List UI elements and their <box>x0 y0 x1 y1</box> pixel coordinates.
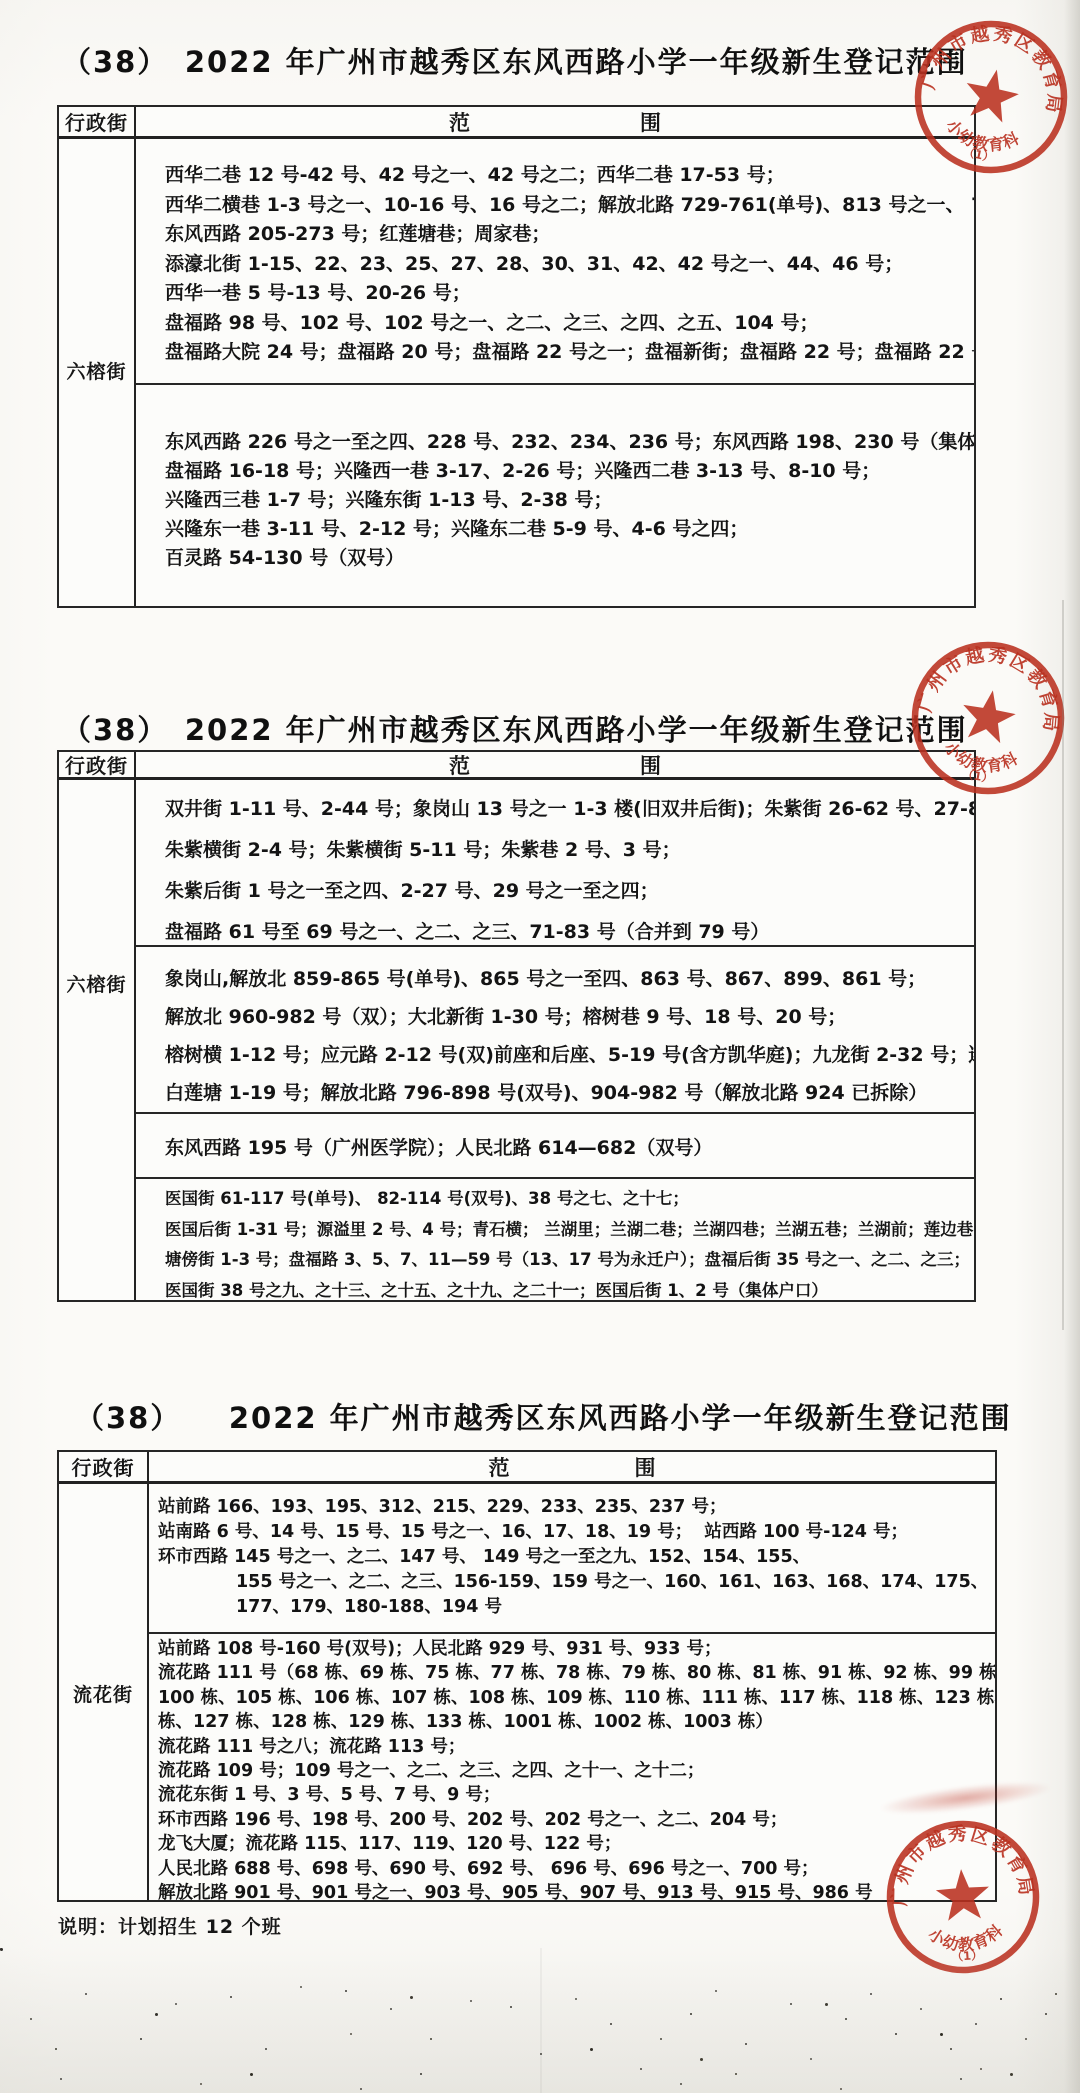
column-header-district: 行政街 <box>59 752 136 777</box>
range-line: 人民北路 688 号、698 号、690 号、692 号、 696 号、696 … <box>158 1857 995 1881</box>
column-header-district: 行政街 <box>59 107 136 136</box>
range-header-char-a: 范 <box>449 107 470 137</box>
range-line: 象岗山,解放北 859-865 号(单号)、865 号之一至四、863 号、86… <box>165 960 974 998</box>
range-block: 双井街 1-11 号、2-44 号；象岗山 13 号之一 1-3 楼(旧双井后街… <box>136 780 974 945</box>
range-line: 朱紫横街 2-4 号；朱紫横街 5-11 号；朱紫巷 2 号、3 号； <box>165 830 974 871</box>
noise-dots <box>0 1948 3 1951</box>
range-line: 白莲塘 1-19 号；解放北路 796-898 号(双号)、904-982 号（… <box>165 1074 974 1112</box>
range-line: 西华二横巷 1-3 号之一、10-16 号、16 号之二；解放北路 729-76… <box>165 191 974 221</box>
district-cell: 六榕街 <box>59 780 136 1300</box>
section-2-title: （38） 2022 年广州市越秀区东风西路小学一年级新生登记范围 <box>62 708 968 749</box>
column-header-range: 范 围 <box>136 752 974 777</box>
range-header-char-b: 围 <box>635 1452 656 1482</box>
official-stamp-1: 广州市越秀区教育局 小幼教育科 （1） <box>890 0 1080 198</box>
range-line: 医国街 61-117 号(单号)、 82-114 号(双号)、38 号之七、之十… <box>165 1184 974 1215</box>
district-label: 六榕街 <box>59 970 134 997</box>
range-line: 朱紫后街 1 号之一至之四、2-27 号、29 号之一至之四； <box>165 871 974 912</box>
range-line: 医国后街 1-31 号；源溢里 2 号、4 号；青石横； 兰湖里；兰湖二巷；兰湖… <box>165 1215 974 1246</box>
range-block: 东风西路 226 号之一至之四、228 号、232、234、236 号；东风西路… <box>136 383 974 606</box>
range-line: 盘福路大院 24 号；盘福路 20 号；盘福路 22 号之一；盘福新街；盘福路 … <box>165 338 974 368</box>
range-line: 站南路 6 号、14 号、15 号、15 号之一、16、17、18、19 号； … <box>158 1520 995 1545</box>
range-line: 栋、127 栋、128 栋、129 栋、133 栋、1001 栋、1002 栋、… <box>158 1710 995 1734</box>
range-line: 添濠北街 1-15、22、23、25、27、28、30、31、42、42 号之一… <box>165 250 974 280</box>
range-line: 双井街 1-11 号、2-44 号；象岗山 13 号之一 1-3 楼(旧双井后街… <box>165 789 974 830</box>
range-header-char-b: 围 <box>640 750 661 780</box>
registration-table-1: 行政街 范 围 六榕街 西华二巷 12 号-42 号、42 号之一、42 号之二… <box>57 105 976 608</box>
range-header-char-b: 围 <box>640 107 661 137</box>
range-line: 医国街 38 号之九、之十三、之十五、之十九、之二十一；医国后街 1、2 号（集… <box>165 1276 974 1301</box>
range-line: 流花路 111 号（68 栋、69 栋、75 栋、77 栋、78 栋、79 栋、… <box>158 1661 995 1685</box>
table-2-header-row: 行政街 范 围 <box>59 752 974 780</box>
paper-edge-shadow <box>1064 0 1080 2093</box>
range-header-char-a: 范 <box>489 1452 510 1482</box>
registration-table-3: 行政街 范 围 流花街 站前路 166、193、195、312、215、229、… <box>57 1450 997 1902</box>
range-line: 解放北 960-982 号（双）；大北新街 1-30 号；榕树巷 9 号、18 … <box>165 998 974 1036</box>
column-header-range: 范 围 <box>149 1452 995 1481</box>
range-line: 流花路 111 号之八；流花路 113 号； <box>158 1735 995 1759</box>
range-line: 解放北路 901 号、901 号之一、903 号、905 号、907 号、913… <box>158 1881 995 1900</box>
range-block: 西华二巷 12 号-42 号、42 号之一、42 号之二；西华二巷 17-53 … <box>136 139 974 383</box>
range-block: 站前路 166、193、195、312、215、229、233、235、237 … <box>149 1484 995 1632</box>
range-block: 医国街 61-117 号(单号)、 82-114 号(双号)、38 号之七、之十… <box>136 1177 974 1300</box>
range-line: 兴隆西三巷 1-7 号；兴隆东街 1-13 号、2-38 号； <box>165 486 974 515</box>
range-line: 百灵路 54-130 号（双号） <box>165 544 974 573</box>
star-icon <box>960 64 1023 125</box>
range-line: 100 栋、105 栋、106 栋、107 栋、108 栋、109 栋、110 … <box>158 1686 995 1710</box>
column-header-range: 范 围 <box>136 107 974 136</box>
range-line: 东风西路 226 号之一至之四、228 号、232、234、236 号；东风西路… <box>165 428 974 457</box>
scanned-document-page: （38） 2022 年广州市越秀区东风西路小学一年级新生登记范围 行政街 范 围… <box>0 0 1080 2093</box>
stamp-graphic: 广州市越秀区教育局 小幼教育科 （1） <box>890 0 1080 198</box>
range-line: 盘福路 98 号、102 号、102 号之一、之二、之三、之四、之五、104 号… <box>165 309 974 339</box>
range-line: 兴隆东一巷 3-11 号、2-12 号；兴隆东二巷 5-9 号、4-6 号之四； <box>165 515 974 544</box>
note-text: 说明：计划招生 12 个班 <box>58 1912 282 1939</box>
range-line: 榕树横 1-12 号；应元路 2-12 号(双)前座和后座、5-19 号(含方凯… <box>165 1036 974 1074</box>
range-block: 站前路 108 号-160 号(双号)；人民北路 929 号、931 号、933… <box>149 1632 995 1900</box>
table-1-header-row: 行政街 范 围 <box>59 107 974 139</box>
range-line: 155 号之一、之二、之三、156-159、159 号之一、160、161、16… <box>158 1570 995 1595</box>
range-line: 环市西路 196 号、198 号、200 号、202 号、202 号之一、之二、… <box>158 1808 995 1832</box>
range-line: 东风西路 195 号（广州医学院）；人民北路 614—682（双号） <box>165 1135 974 1162</box>
district-cell: 六榕街 <box>59 139 136 606</box>
table-3-header-row: 行政街 范 围 <box>59 1452 995 1484</box>
range-line: 流花路 109 号；109 号之一、之二、之三、之四、之十一、之十二； <box>158 1759 995 1783</box>
star-icon <box>935 1867 992 1921</box>
star-icon <box>958 686 1019 745</box>
range-header-char-a: 范 <box>449 750 470 780</box>
section-1-title: （38） 2022 年广州市越秀区东风西路小学一年级新生登记范围 <box>62 40 968 81</box>
section-3-title: （38） 2022 年广州市越秀区东风西路小学一年级新生登记范围 <box>75 1396 1012 1437</box>
range-line: 站前路 166、193、195、312、215、229、233、235、237 … <box>158 1495 995 1520</box>
range-line: 西华二巷 12 号-42 号、42 号之一、42 号之二；西华二巷 17-53 … <box>165 161 974 191</box>
range-line: 龙飞大厦；流花路 115、117、119、120 号、122 号； <box>158 1832 995 1856</box>
range-line: 流花东街 1 号、3 号、5 号、7 号、9 号； <box>158 1783 995 1807</box>
range-line: 西华一巷 5 号-13 号、20-26 号； <box>165 279 974 309</box>
range-line: 盘福路 61 号至 69 号之一、之二、之三、71-83 号（合并到 79 号） <box>165 912 974 945</box>
range-block: 东风西路 195 号（广州医学院）；人民北路 614—682（双号） <box>136 1112 974 1177</box>
official-stamp-2: 广州市越秀区教育局 小幼教育科 （1） <box>890 620 1080 817</box>
registration-table-2: 行政街 范 围 六榕街 双井街 1-11 号、2-44 号；象岗山 13 号之一… <box>57 750 976 1302</box>
range-line: 盘福路 16-18 号；兴隆西一巷 3-17、2-26 号；兴隆西二巷 3-13… <box>165 457 974 486</box>
range-line: 环市西路 145 号之一、之二、147 号、 149 号之一至之九、152、15… <box>158 1545 995 1570</box>
range-block: 象岗山,解放北 859-865 号(单号)、865 号之一至四、863 号、86… <box>136 945 974 1112</box>
column-header-district: 行政街 <box>59 1452 149 1481</box>
district-label: 六榕街 <box>59 357 134 384</box>
stamp-graphic: 广州市越秀区教育局 小幼教育科 （1） <box>890 620 1080 817</box>
range-line: 东风西路 205-273 号；红莲塘巷；周家巷； <box>165 220 974 250</box>
district-cell: 流花街 <box>59 1484 149 1900</box>
range-line: 177、179、180-188、194 号 <box>158 1595 995 1620</box>
range-line: 塘傍街 1-3 号；盘福路 3、5、7、11—59 号（13、17 号为永迁户）… <box>165 1245 974 1276</box>
scanner-noise-band <box>0 1948 1080 2093</box>
range-line: 站前路 108 号-160 号(双号)；人民北路 929 号、931 号、933… <box>158 1637 995 1661</box>
district-label: 流花街 <box>59 1680 147 1707</box>
